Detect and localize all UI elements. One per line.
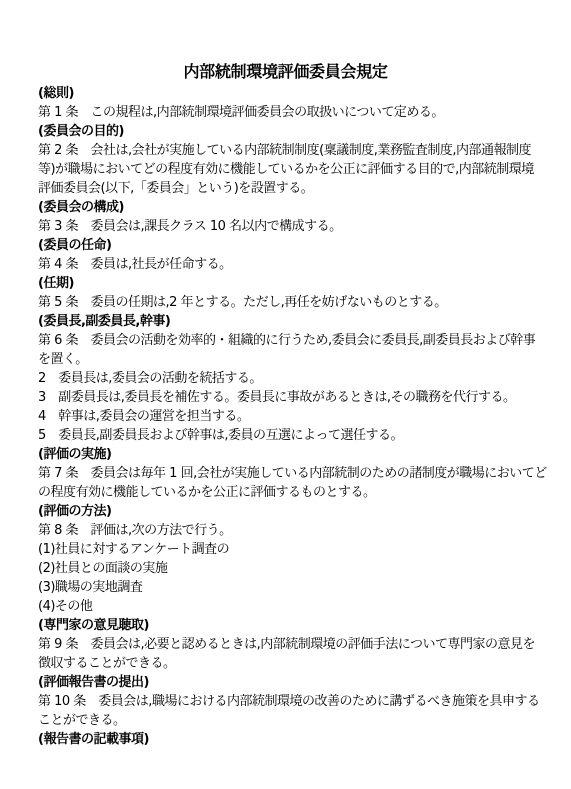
document-body: (総則)第 1 条 この規程は,内部統制環境評価委員会の取扱いについて定める。(… [38,84,533,749]
section-heading: (委員会の構成) [38,198,533,217]
document-line: を置く。 [38,350,533,369]
section-heading: (評価の方法) [38,502,533,521]
section-heading: (専門家の意見聴取) [38,616,533,635]
document-line: (4)その他 [38,597,533,616]
document-line: 5 委員長,副委員長および幹事は,委員の互選によって選任する。 [38,426,533,445]
document-line: 等)が職場においてどの程度有効に機能しているかを公正に評価する目的で,内部統制環… [38,160,533,179]
document-line: (1)社員に対するアンケート調査の [38,540,533,559]
document-line: 第 10 条 委員会は,職場における内部統制環境の改善のために講ずるべき施策を具… [38,692,533,711]
document-line: 第 4 条 委員は,社長が任命する。 [38,255,533,274]
section-heading: (委員会の目的) [38,122,533,141]
document-line: 第 6 条 委員会の活動を効率的・組織的に行うため,委員会に委員長,副委員長およ… [38,331,533,350]
document-page: 内部統制環境評価委員会規定 (総則)第 1 条 この規程は,内部統制環境評価委員… [0,0,571,789]
document-title: 内部統制環境評価委員会規定 [38,62,533,82]
document-line: 4 幹事は,委員会の運営を担当する。 [38,407,533,426]
document-line: (2)社員との面談の実施 [38,559,533,578]
document-line: 第 3 条 委員会は,課長クラス 10 名以内で構成する。 [38,217,533,236]
document-line: 第 5 条 委員の任期は,2 年とする。ただし,再任を妨げないものとする。 [38,293,533,312]
document-line: 2 委員長は,委員会の活動を統括する。 [38,369,533,388]
document-line: 第 8 条 評価は,次の方法で行う。 [38,521,533,540]
document-line: 3 副委員長は,委員長を補佐する。委員長に事故があるときは,その職務を代行する。 [38,388,533,407]
document-line: 徴収することができる。 [38,654,533,673]
section-heading: (委員の任命) [38,236,533,255]
document-line: ことができる。 [38,711,533,730]
section-heading: (評価報告書の提出) [38,673,533,692]
document-line: 第 1 条 この規程は,内部統制環境評価委員会の取扱いについて定める。 [38,103,533,122]
document-line: 第 9 条 委員会は,必要と認めるときは,内部統制環境の評価手法について専門家の… [38,635,533,654]
section-heading: (評価の実施) [38,445,533,464]
document-line: 第 7 条 委員会は毎年 1 回,会社が実施している内部統制のための諸制度が職場… [38,464,533,483]
section-heading: (任期) [38,274,533,293]
section-heading: (委員長,副委員長,幹事) [38,312,533,331]
document-line: の程度有効に機能しているかを公正に評価するものとする。 [38,483,533,502]
document-line: 評価委員会(以下,「委員会」という)を設置する。 [38,179,533,198]
section-heading: (報告書の記載事項) [38,730,533,749]
document-line: (3)職場の実地調査 [38,578,533,597]
document-line: 第 2 条 会社は,会社が実施している内部統制制度(稟議制度,業務監査制度,内部… [38,141,533,160]
section-heading: (総則) [38,84,533,103]
